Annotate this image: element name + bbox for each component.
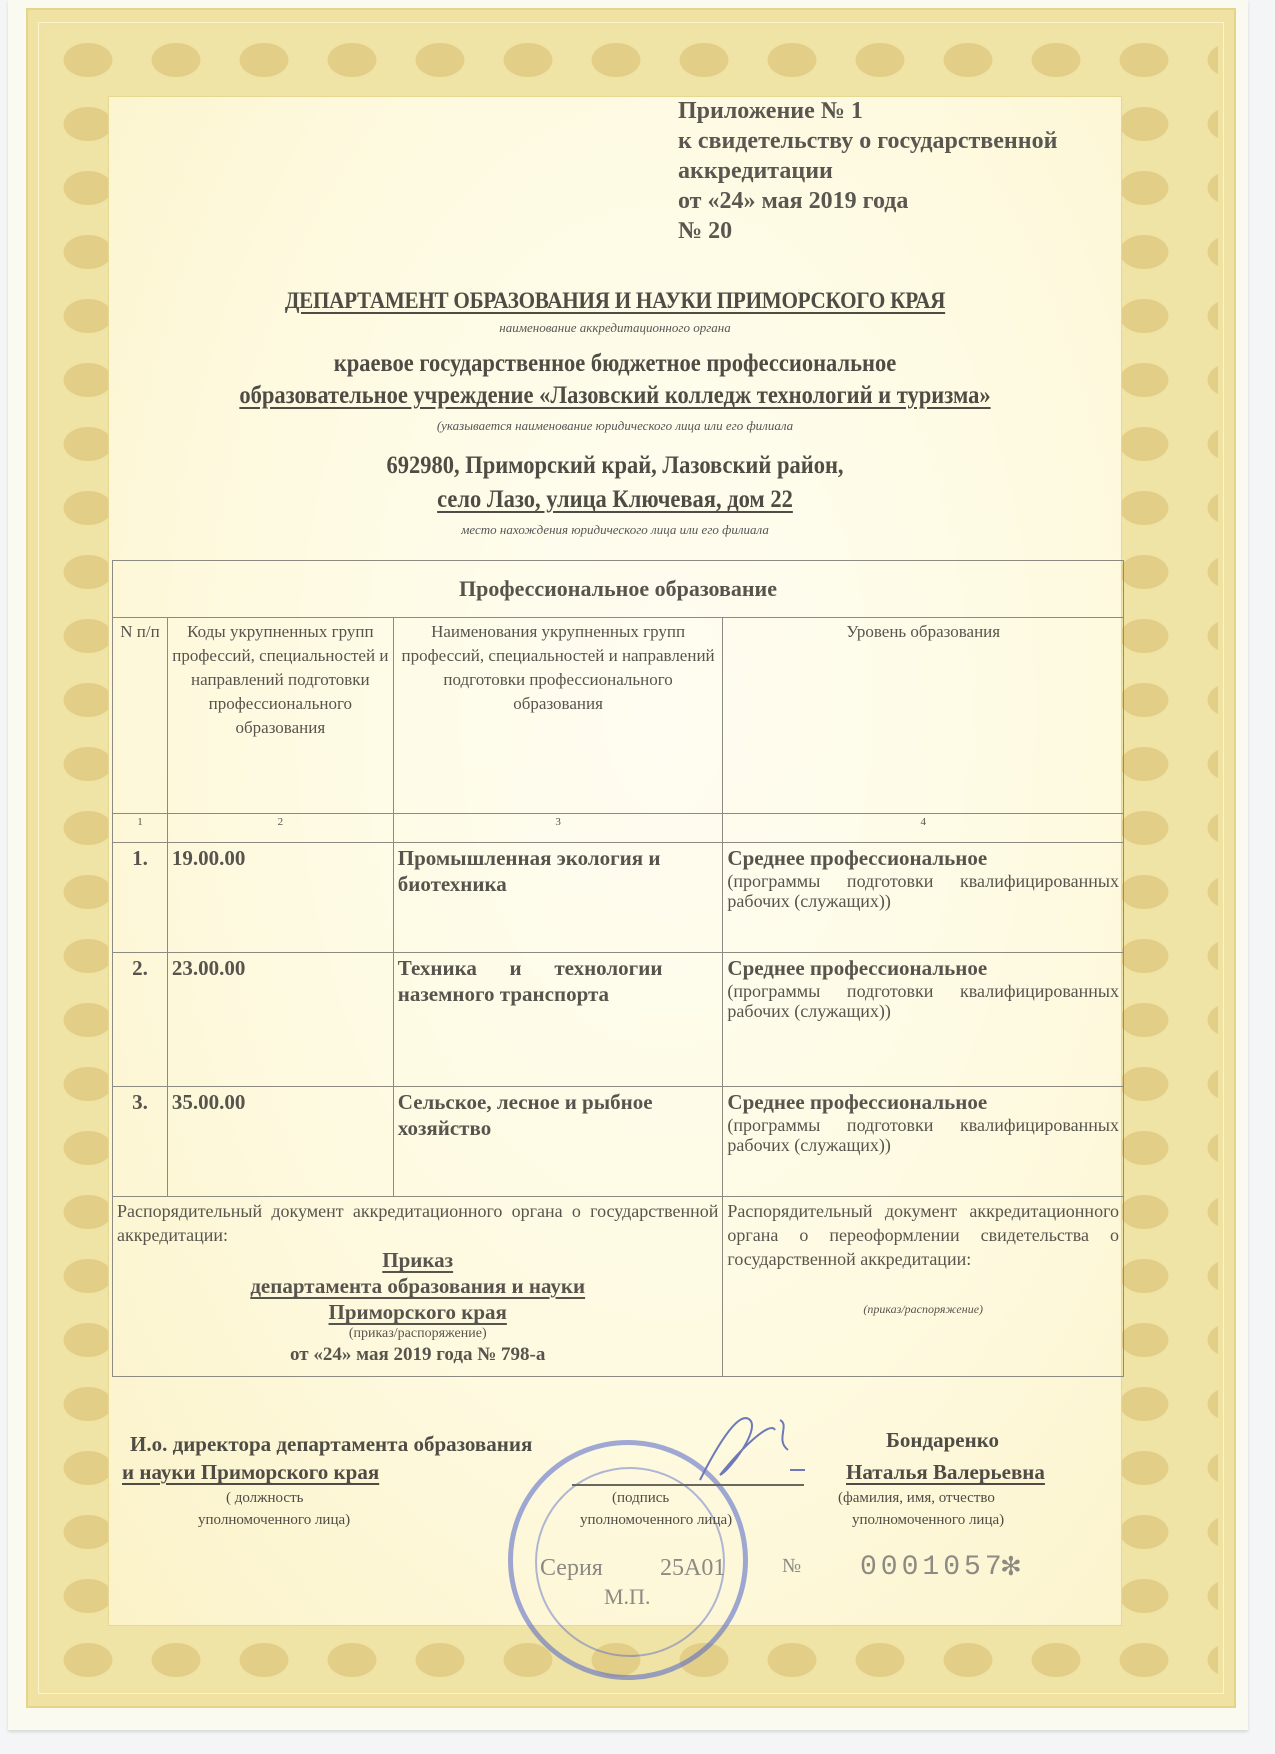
order-left-intro: Распорядительный документ аккредитационн… [117, 1199, 718, 1247]
table-row: 1. 19.00.00 Промышленная экология и биот… [113, 843, 1124, 953]
appendix-ref: к свидетельству о государственной [678, 126, 1057, 156]
order-issuer-region: Приморского края [117, 1299, 718, 1325]
col-number-4: 4 [723, 814, 1124, 843]
sign-caption1: (подпись [612, 1490, 669, 1507]
row-code: 23.00.00 [167, 953, 393, 1087]
col-header-number: N п/п [113, 618, 168, 814]
sign-caption2: уполномоченного лица) [580, 1512, 732, 1529]
appendix-date: от «24» мая 2019 года [678, 186, 1057, 216]
address-line1: 692980, Приморский край, Лазовский район… [159, 452, 1072, 480]
signer-name: Наталья Валерьевна [846, 1460, 1045, 1485]
col-number-3: 3 [393, 814, 723, 843]
order-right-intro: Распорядительный документ аккредитационн… [727, 1199, 1119, 1271]
number-label: № [782, 1555, 801, 1578]
appendix-number: № 20 [678, 216, 1057, 246]
table-title: Профессиональное образование [113, 561, 1124, 618]
row-code: 35.00.00 [167, 1087, 393, 1197]
row-level: Среднее профессиональное (программы подг… [723, 843, 1124, 953]
name-caption2: уполномоченного лица) [852, 1512, 1004, 1529]
institution-caption: (указывается наименование юридического л… [108, 418, 1122, 434]
table-row: 2. 23.00.00 Техника и технологии наземно… [113, 953, 1124, 1087]
appendix-ref-cont: аккредитации [678, 156, 1057, 186]
order-right-caption: (приказ/распоряжение) [727, 1297, 1119, 1321]
row-name: Сельское, лесное и рыбное хозяйство [393, 1087, 723, 1197]
institution-line2: образовательное учреждение «Лазовский ко… [159, 382, 1072, 410]
address-line2: село Лазо, улица Ключевая, дом 22 [159, 486, 1072, 514]
address-caption: место нахождения юридического лица или е… [108, 522, 1122, 538]
name-caption1: (фамилия, имя, отчество [838, 1490, 995, 1507]
authority-caption: наименование аккредитационного органа [108, 320, 1122, 336]
number-value: 0001057 [860, 1552, 1006, 1583]
order-right-cell: Распорядительный документ аккредитационн… [723, 1197, 1124, 1377]
col-header-level: Уровень образования [723, 618, 1124, 814]
order-issuer: департамента образования и науки [117, 1273, 718, 1299]
row-number: 3. [113, 1087, 168, 1197]
order-title: Приказ [117, 1247, 718, 1273]
appendix-title: Приложение № 1 [678, 96, 1057, 126]
position-caption1: ( должность [226, 1490, 303, 1507]
col-number-2: 2 [167, 814, 393, 843]
row-name: Промышленная экология и биотехника [393, 843, 723, 953]
table-row: 3. 35.00.00 Сельское, лесное и рыбное хо… [113, 1087, 1124, 1197]
number-mark-icon: ✻ [1000, 1552, 1022, 1582]
order-left-caption: (приказ/распоряжение) [117, 1325, 718, 1343]
row-level: Среднее профессиональное (программы подг… [723, 1087, 1124, 1197]
col-header-code: Коды укрупненных групп профессий, специа… [167, 618, 393, 814]
institution-line1: краевое государственное бюджетное профес… [159, 350, 1072, 378]
appendix-header: Приложение № 1 к свидетельству о государ… [678, 96, 1057, 246]
col-number-1: 1 [113, 814, 168, 843]
col-header-name: Наименования укрупненных групп профессий… [393, 618, 723, 814]
row-level-title: Среднее профессиональное [727, 845, 1119, 871]
row-level-detail: (программы подготовки квалифицированных … [727, 981, 1119, 1021]
row-name: Техника и технологии наземного транспорт… [393, 953, 723, 1087]
row-code: 19.00.00 [167, 843, 393, 953]
row-level-title: Среднее профессиональное [727, 1089, 1119, 1115]
order-date-number: от «24» мая 2019 года № 798-а [117, 1343, 718, 1367]
order-left-cell: Распорядительный документ аккредитационн… [113, 1197, 723, 1377]
row-number: 1. [113, 843, 168, 953]
series-value: 25А01 [660, 1555, 725, 1582]
signer-surname: Бондаренко [886, 1428, 999, 1453]
series-label: Серия [540, 1555, 603, 1582]
stamp-place-label: М.П. [604, 1584, 650, 1610]
row-level: Среднее профессиональное (программы подг… [723, 953, 1124, 1087]
row-number: 2. [113, 953, 168, 1087]
row-level-detail: (программы подготовки квалифицированных … [727, 871, 1119, 911]
row-level-detail: (программы подготовки квалифицированных … [727, 1115, 1119, 1155]
signer-position-line1: И.о. директора департамента образования [130, 1432, 532, 1457]
handwritten-signature-icon [680, 1400, 810, 1490]
accreditation-table: Профессиональное образование N п/п Коды … [112, 560, 1124, 1377]
signer-position-line2: и науки Приморского края [122, 1460, 379, 1485]
position-caption2: уполномоченного лица) [198, 1512, 350, 1529]
authority-name: ДЕПАРТАМЕНТ ОБРАЗОВАНИЯ И НАУКИ ПРИМОРСК… [149, 288, 1082, 314]
row-level-title: Среднее профессиональное [727, 955, 1119, 981]
